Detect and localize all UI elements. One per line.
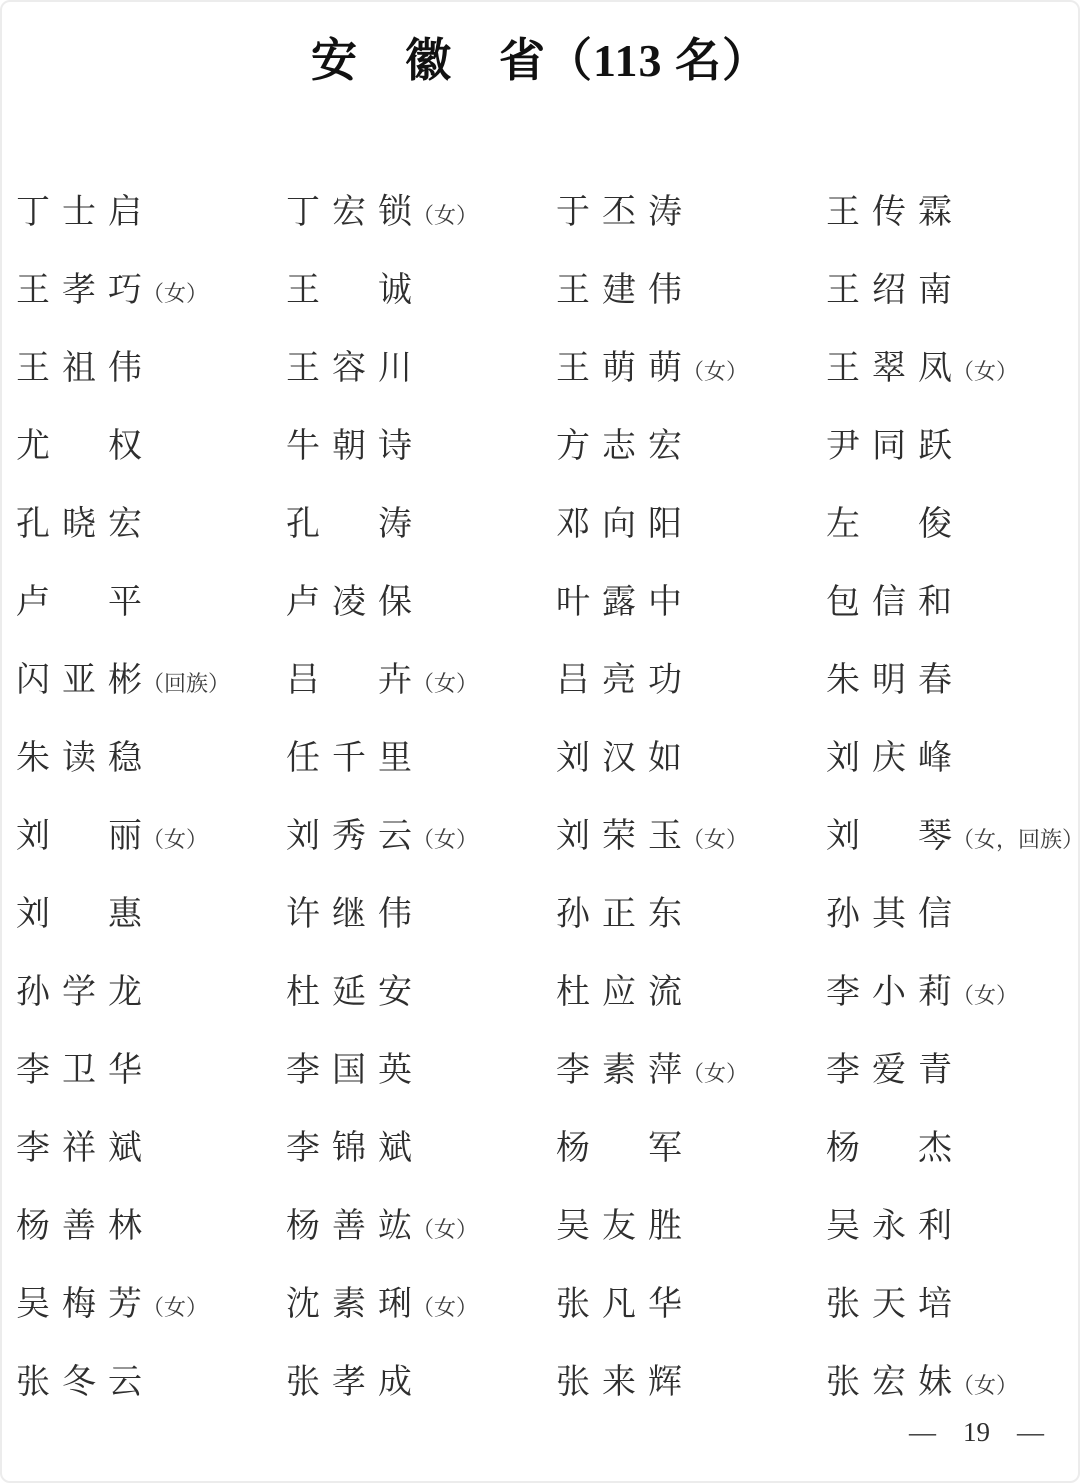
person-note: （女）: [412, 203, 478, 228]
roster-cell: 包信和: [826, 564, 1080, 642]
roster-row: 杨善林杨善竑（女）吴友胜吴永利: [16, 1188, 1080, 1266]
page-number: — 19 —: [909, 1410, 1044, 1449]
person-name: 孔晓宏: [16, 486, 142, 564]
person-name: 孙其信: [826, 876, 952, 954]
person-name: 刘秀云: [286, 798, 412, 876]
person-name: 杨 军: [556, 1110, 682, 1188]
roster-cell: 卢 平: [16, 564, 286, 642]
roster-cell: 尤 权: [16, 408, 286, 486]
roster-row: 刘 丽（女）刘秀云（女）刘荣玉（女）刘 琴（女，回族）: [16, 798, 1080, 876]
person-name: 刘庆峰: [826, 720, 952, 798]
roster-row: 丁士启丁宏锁（女）于丕涛王传霖: [16, 174, 1080, 252]
roster-cell: 王孝巧（女）: [16, 252, 286, 330]
person-note: （女，回族）: [952, 827, 1080, 852]
name-roster: 丁士启丁宏锁（女）于丕涛王传霖王孝巧（女）王 诚王建伟王绍南王祖伟王容川王萌萌（…: [16, 174, 1080, 1422]
roster-cell: 孔晓宏: [16, 486, 286, 564]
person-name: 刘 丽: [16, 798, 142, 876]
person-name: 王祖伟: [16, 330, 142, 408]
roster-row: 卢 平卢凌保叶露中包信和: [16, 564, 1080, 642]
person-name: 孙正东: [556, 876, 682, 954]
roster-cell: 刘 丽（女）: [16, 798, 286, 876]
roster-cell: 吴友胜: [556, 1188, 826, 1266]
person-name: 吴梅芳: [16, 1266, 142, 1344]
person-name: 丁士启: [16, 174, 142, 252]
person-name: 王建伟: [556, 252, 682, 330]
roster-cell: 丁宏锁（女）: [286, 174, 556, 252]
person-name: 邓向阳: [556, 486, 682, 564]
roster-cell: 吕亮功: [556, 642, 826, 720]
person-name: 任千里: [286, 720, 412, 798]
person-name: 吴永利: [826, 1188, 952, 1266]
person-note: （回族）: [142, 671, 230, 696]
roster-cell: 左 俊: [826, 486, 1080, 564]
person-name: 叶露中: [556, 564, 682, 642]
roster-cell: 孙其信: [826, 876, 1080, 954]
person-name: 张孝成: [286, 1344, 412, 1422]
person-name: 王容川: [286, 330, 412, 408]
person-name: 刘汉如: [556, 720, 682, 798]
person-name: 于丕涛: [556, 174, 682, 252]
person-name: 卢凌保: [286, 564, 412, 642]
roster-cell: 王祖伟: [16, 330, 286, 408]
person-name: 李素萍: [556, 1032, 682, 1110]
roster-cell: 于丕涛: [556, 174, 826, 252]
roster-cell: 李国英: [286, 1032, 556, 1110]
person-name: 包信和: [826, 564, 952, 642]
person-name: 刘 琴: [826, 798, 952, 876]
roster-cell: 刘庆峰: [826, 720, 1080, 798]
person-name: 朱读稳: [16, 720, 142, 798]
roster-cell: 邓向阳: [556, 486, 826, 564]
person-name: 李卫华: [16, 1032, 142, 1110]
roster-cell: 尹同跃: [826, 408, 1080, 486]
person-name: 闪亚彬: [16, 642, 142, 720]
roster-row: 孙学龙杜延安杜应流李小莉（女）: [16, 954, 1080, 1032]
roster-cell: 刘 琴（女，回族）: [826, 798, 1080, 876]
roster-cell: 杨善林: [16, 1188, 286, 1266]
roster-cell: 张冬云: [16, 1344, 286, 1422]
roster-cell: 杜应流: [556, 954, 826, 1032]
roster-cell: 闪亚彬（回族）: [16, 642, 286, 720]
roster-cell: 李爱青: [826, 1032, 1080, 1110]
roster-cell: 王翠凤（女）: [826, 330, 1080, 408]
person-note: （女）: [142, 281, 208, 306]
roster-cell: 杜延安: [286, 954, 556, 1032]
roster-cell: 李素萍（女）: [556, 1032, 826, 1110]
person-name: 左 俊: [826, 486, 952, 564]
person-name: 方志宏: [556, 408, 682, 486]
roster-cell: 吴梅芳（女）: [16, 1266, 286, 1344]
person-name: 李祥斌: [16, 1110, 142, 1188]
roster-cell: 孔 涛: [286, 486, 556, 564]
roster-cell: 刘 惠: [16, 876, 286, 954]
roster-cell: 王建伟: [556, 252, 826, 330]
person-note: （女）: [952, 359, 1018, 384]
roster-cell: 牛朝诗: [286, 408, 556, 486]
person-name: 吕 卉: [286, 642, 412, 720]
person-note: （女）: [682, 1061, 748, 1086]
person-name: 王传霖: [826, 174, 952, 252]
roster-cell: 杨 军: [556, 1110, 826, 1188]
person-name: 杨善林: [16, 1188, 142, 1266]
roster-cell: 李小莉（女）: [826, 954, 1080, 1032]
roster-cell: 李卫华: [16, 1032, 286, 1110]
person-name: 李锦斌: [286, 1110, 412, 1188]
roster-cell: 孙正东: [556, 876, 826, 954]
roster-cell: 方志宏: [556, 408, 826, 486]
person-name: 尤 权: [16, 408, 142, 486]
person-name: 孔 涛: [286, 486, 412, 564]
roster-cell: 王传霖: [826, 174, 1080, 252]
person-name: 张天培: [826, 1266, 952, 1344]
person-name: 朱明春: [826, 642, 952, 720]
roster-cell: 李祥斌: [16, 1110, 286, 1188]
roster-cell: 张来辉: [556, 1344, 826, 1422]
roster-cell: 丁士启: [16, 174, 286, 252]
roster-cell: 任千里: [286, 720, 556, 798]
person-name: 刘荣玉: [556, 798, 682, 876]
roster-cell: 朱明春: [826, 642, 1080, 720]
roster-cell: 卢凌保: [286, 564, 556, 642]
roster-cell: 刘荣玉（女）: [556, 798, 826, 876]
roster-cell: 张天培: [826, 1266, 1080, 1344]
person-name: 丁宏锁: [286, 174, 412, 252]
roster-cell: 李锦斌: [286, 1110, 556, 1188]
roster-row: 吴梅芳（女）沈素琍（女）张凡华张天培: [16, 1266, 1080, 1344]
person-name: 王翠凤: [826, 330, 952, 408]
person-note: （女）: [952, 983, 1018, 1008]
person-name: 张冬云: [16, 1344, 142, 1422]
person-name: 杨善竑: [286, 1188, 412, 1266]
roster-cell: 杨善竑（女）: [286, 1188, 556, 1266]
roster-cell: 杨 杰: [826, 1110, 1080, 1188]
roster-row: 闪亚彬（回族）吕 卉（女）吕亮功朱明春: [16, 642, 1080, 720]
person-note: （女）: [412, 671, 478, 696]
page-title: 安 徽 省（113 名）: [2, 24, 1078, 90]
person-name: 卢 平: [16, 564, 142, 642]
roster-row: 朱读稳任千里刘汉如刘庆峰: [16, 720, 1080, 798]
roster-cell: 王 诚: [286, 252, 556, 330]
person-name: 李爱青: [826, 1032, 952, 1110]
person-name: 张凡华: [556, 1266, 682, 1344]
roster-cell: 张孝成: [286, 1344, 556, 1422]
roster-cell: 吴永利: [826, 1188, 1080, 1266]
person-name: 许继伟: [286, 876, 412, 954]
person-name: 杜应流: [556, 954, 682, 1032]
roster-cell: 沈素琍（女）: [286, 1266, 556, 1344]
roster-cell: 刘秀云（女）: [286, 798, 556, 876]
roster-row: 尤 权牛朝诗方志宏尹同跃: [16, 408, 1080, 486]
roster-cell: 朱读稳: [16, 720, 286, 798]
roster-row: 王孝巧（女）王 诚王建伟王绍南: [16, 252, 1080, 330]
person-name: 王 诚: [286, 252, 412, 330]
person-name: 吕亮功: [556, 642, 682, 720]
person-name: 孙学龙: [16, 954, 142, 1032]
roster-cell: 张凡华: [556, 1266, 826, 1344]
roster-row: 王祖伟王容川王萌萌（女）王翠凤（女）: [16, 330, 1080, 408]
person-name: 王绍南: [826, 252, 952, 330]
roster-cell: 王容川: [286, 330, 556, 408]
roster-cell: 孙学龙: [16, 954, 286, 1032]
roster-cell: 王萌萌（女）: [556, 330, 826, 408]
person-name: 王萌萌: [556, 330, 682, 408]
person-name: 牛朝诗: [286, 408, 412, 486]
roster-cell: 刘汉如: [556, 720, 826, 798]
person-note: （女）: [952, 1373, 1018, 1398]
person-note: （女）: [412, 1295, 478, 1320]
person-note: （女）: [412, 827, 478, 852]
roster-row: 孔晓宏孔 涛邓向阳左 俊: [16, 486, 1080, 564]
roster-row: 李卫华李国英李素萍（女）李爱青: [16, 1032, 1080, 1110]
person-note: （女）: [412, 1217, 478, 1242]
person-name: 刘 惠: [16, 876, 142, 954]
person-name: 李小莉: [826, 954, 952, 1032]
roster-cell: 许继伟: [286, 876, 556, 954]
person-name: 吴友胜: [556, 1188, 682, 1266]
roster-row: 李祥斌李锦斌杨 军杨 杰: [16, 1110, 1080, 1188]
roster-cell: 吕 卉（女）: [286, 642, 556, 720]
person-name: 沈素琍: [286, 1266, 412, 1344]
person-note: （女）: [142, 827, 208, 852]
person-note: （女）: [142, 1295, 208, 1320]
person-name: 尹同跃: [826, 408, 952, 486]
person-name: 张来辉: [556, 1344, 682, 1422]
roster-cell: 叶露中: [556, 564, 826, 642]
roster-row: 刘 惠许继伟孙正东孙其信: [16, 876, 1080, 954]
person-name: 杜延安: [286, 954, 412, 1032]
roster-cell: 王绍南: [826, 252, 1080, 330]
person-note: （女）: [682, 827, 748, 852]
person-note: （女）: [682, 359, 748, 384]
document-page: 安 徽 省（113 名） 丁士启丁宏锁（女）于丕涛王传霖王孝巧（女）王 诚王建伟…: [0, 0, 1080, 1483]
person-name: 杨 杰: [826, 1110, 952, 1188]
person-name: 王孝巧: [16, 252, 142, 330]
person-name: 李国英: [286, 1032, 412, 1110]
